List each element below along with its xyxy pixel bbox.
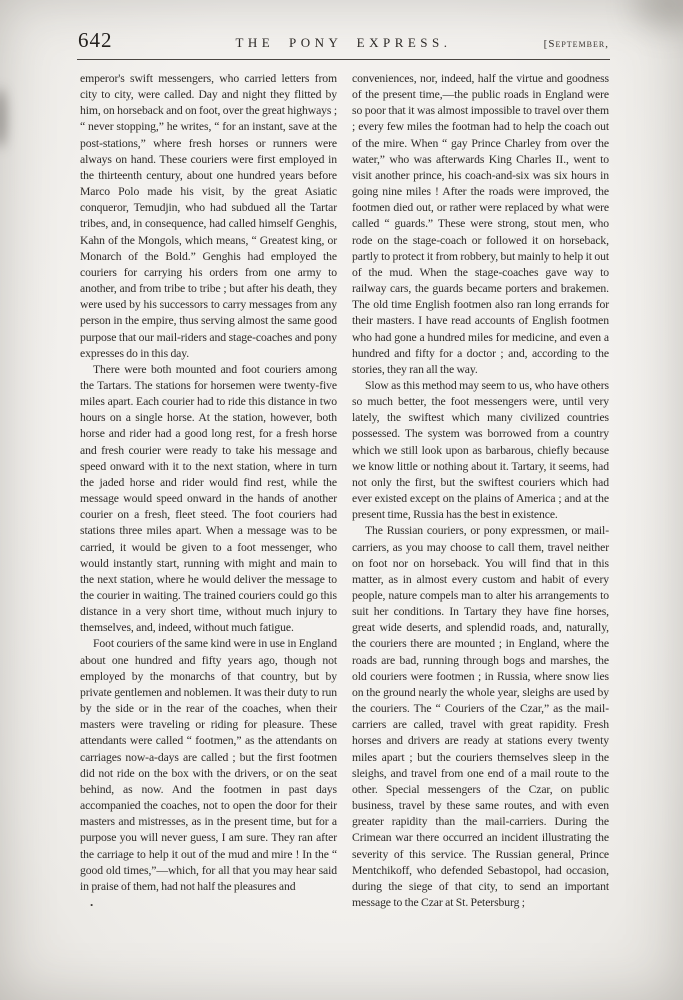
paragraph-continuation: conveniences, nor, indeed, half the virt… — [352, 71, 609, 378]
stray-print-mark: . — [90, 898, 337, 906]
paragraph: There were both mounted and foot courier… — [80, 362, 337, 637]
right-column: conveniences, nor, indeed, half the virt… — [352, 71, 609, 911]
left-column: emperor's swift messengers, who carried … — [80, 71, 337, 911]
paragraph: Slow as this method may seem to us, who … — [352, 378, 609, 523]
scan-corner-shadow — [633, 0, 683, 30]
book-page: 642 THE PONY EXPRESS. [September, empero… — [0, 0, 683, 1000]
header-rule — [77, 59, 610, 60]
page-header: 642 THE PONY EXPRESS. [September, — [78, 28, 609, 53]
text-columns: emperor's swift messengers, who carried … — [80, 71, 609, 911]
paragraph: The Russian couriers, or pony expressmen… — [352, 523, 609, 911]
paragraph: Foot couriers of the same kind were in u… — [80, 636, 337, 895]
page-title: THE PONY EXPRESS. — [204, 35, 482, 51]
paragraph-continuation: emperor's swift messengers, who carried … — [80, 71, 337, 362]
issue-label: [September, — [483, 38, 609, 50]
scan-edge-smudge — [0, 88, 6, 148]
page-number: 642 — [78, 28, 204, 53]
